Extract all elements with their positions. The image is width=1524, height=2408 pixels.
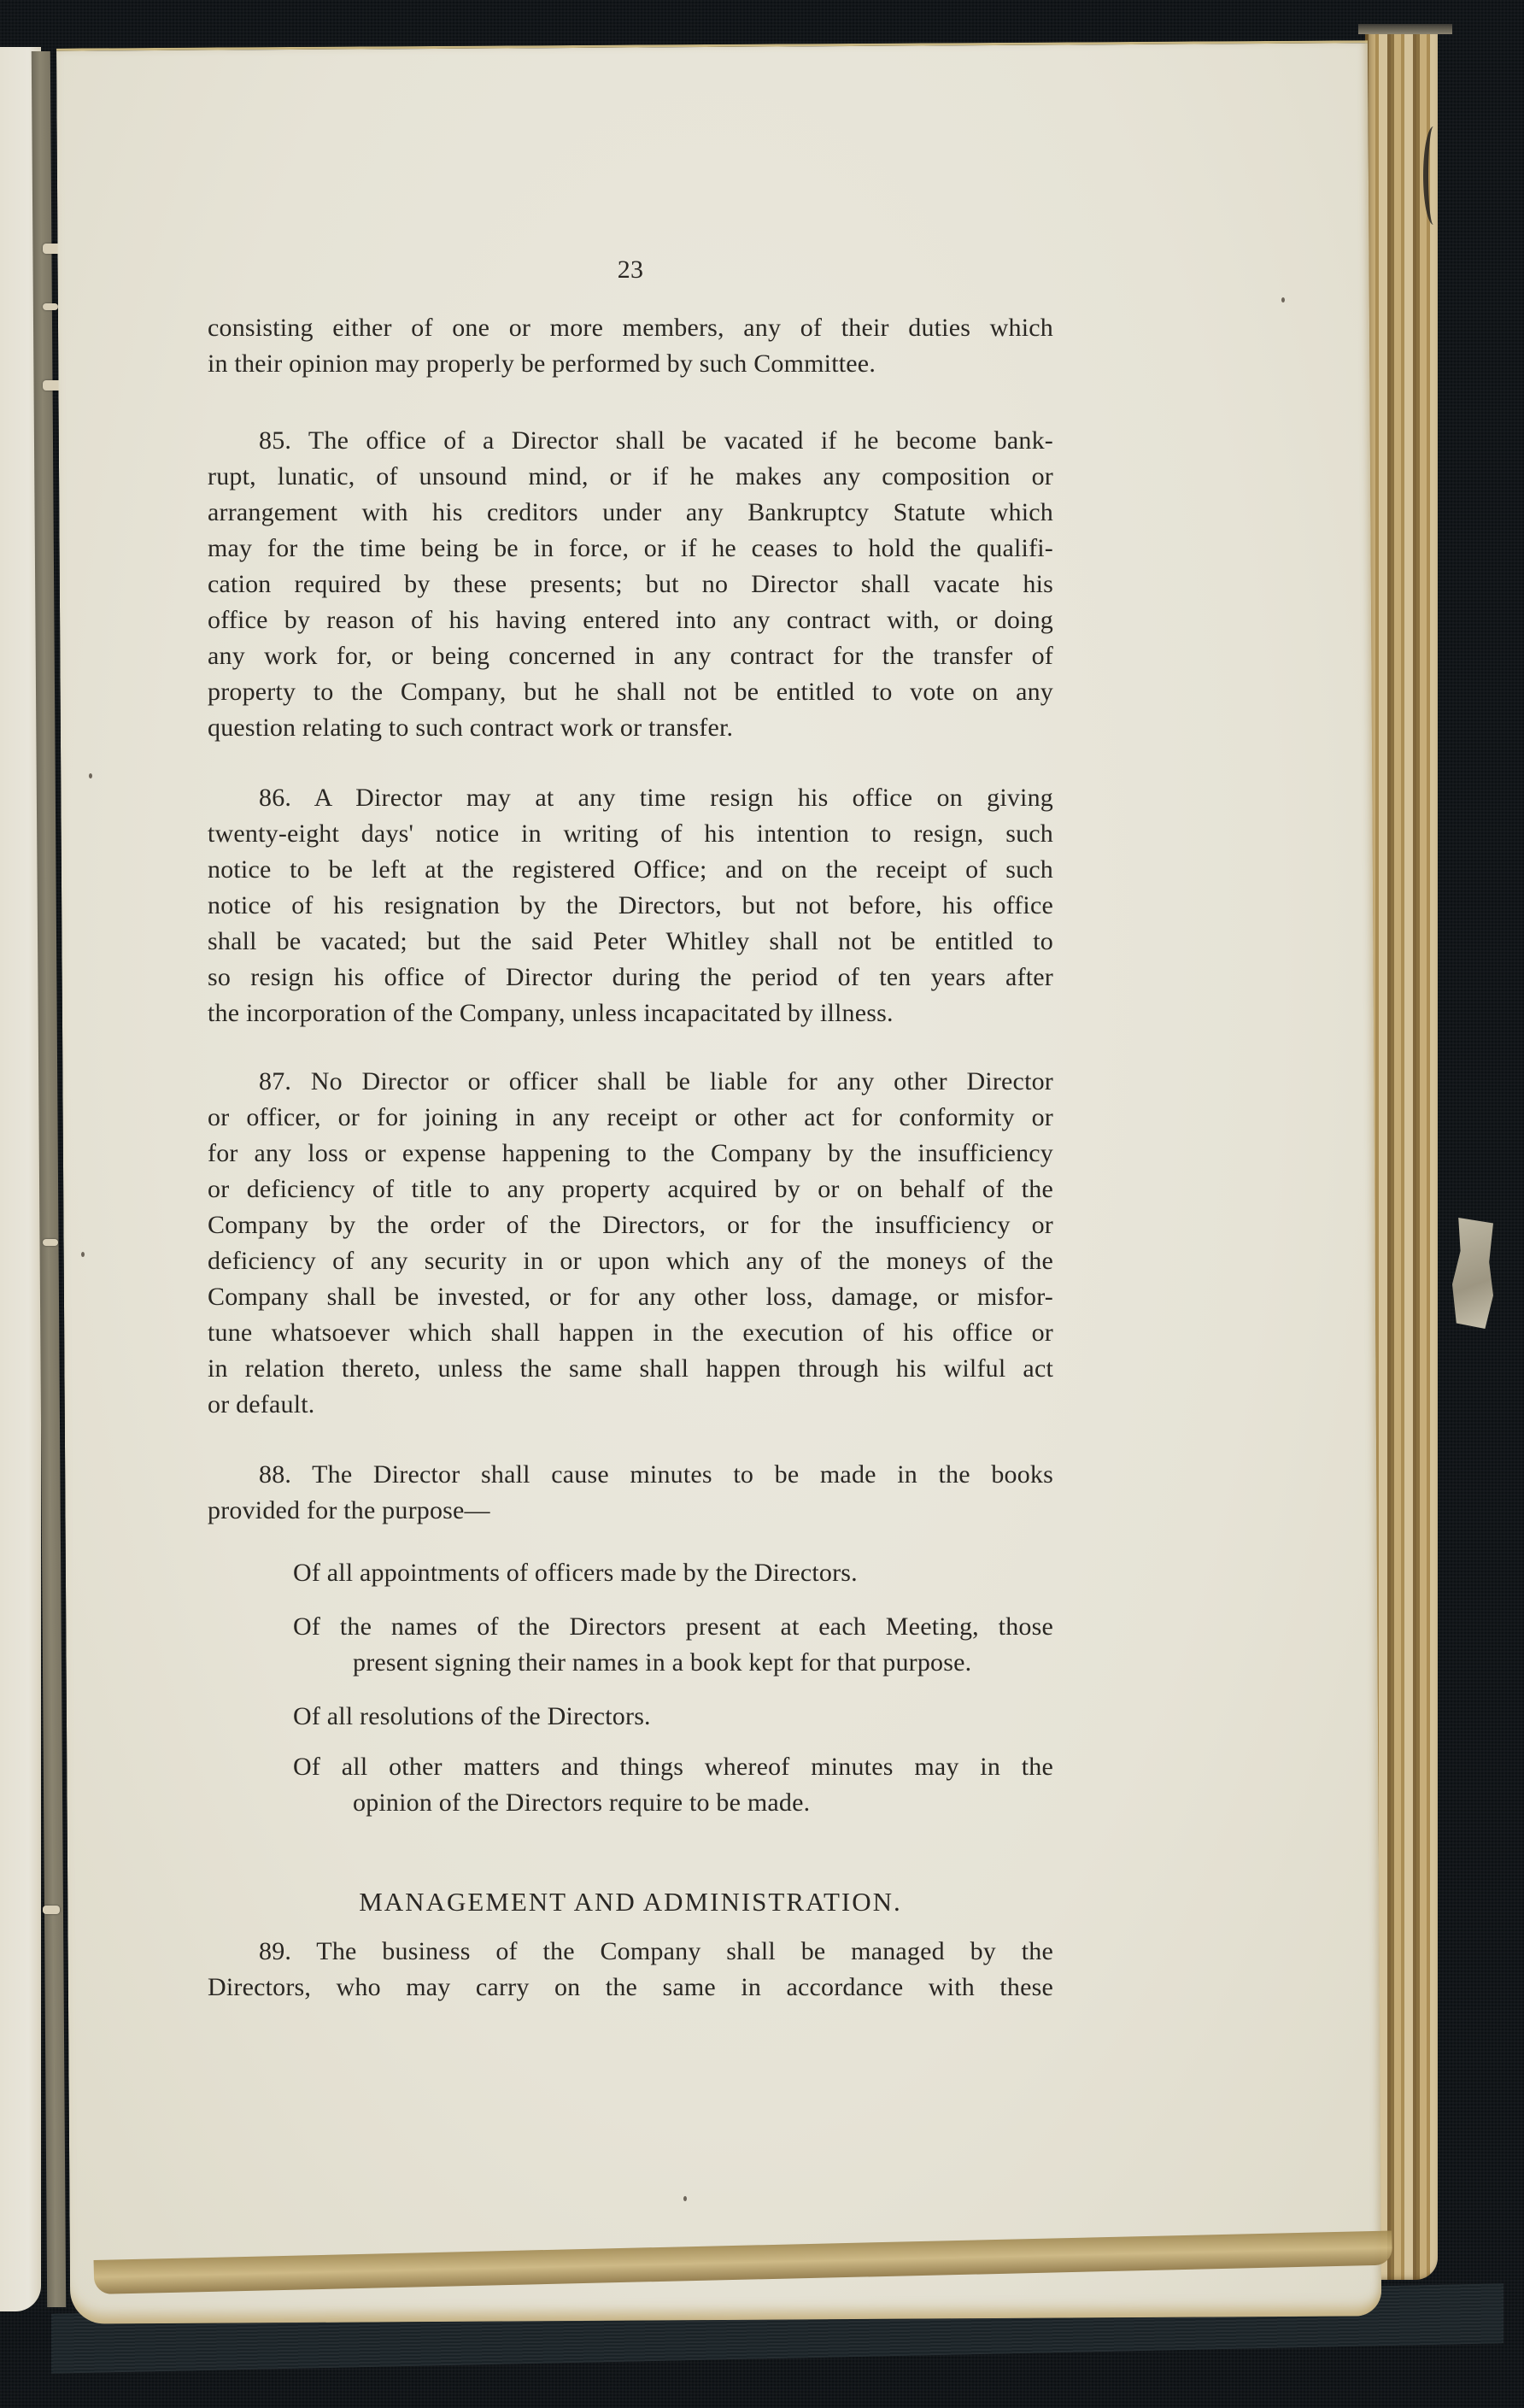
minutes-list-item: Of all appointments of officers made by … (293, 1555, 1053, 1591)
text-line: consisting either of one or more members… (208, 310, 1053, 346)
text-line: or officer, or for joining in any receip… (208, 1100, 1053, 1136)
text-line: twenty-eight days' notice in writing of … (208, 816, 1053, 852)
text-line: Company shall be invested, or for any ot… (208, 1279, 1053, 1315)
continuation-paragraph: consisting either of one or more members… (208, 310, 1053, 382)
minutes-list-item: Of the names of the Directors present at… (293, 1609, 1053, 1681)
text-line: 85. The office of a Director shall be va… (208, 423, 1053, 459)
binding-stitch (43, 303, 58, 310)
text-line: present signing their names in a book ke… (293, 1645, 1053, 1681)
section-heading: MANAGEMENT AND ADMINISTRATION. (208, 1884, 1053, 1920)
paper-speck (683, 2196, 687, 2201)
text-line: 87. No Director or officer shall be liab… (208, 1064, 1053, 1100)
paper-speck (89, 773, 92, 778)
text-line: Company by the order of the Directors, o… (208, 1207, 1053, 1243)
paper-speck (1281, 297, 1285, 302)
text-line: notice to be left at the registered Offi… (208, 852, 1053, 888)
minutes-list-item: Of all resolutions of the Directors. (293, 1699, 1053, 1735)
text-line: any work for, or being concerned in any … (208, 638, 1053, 674)
text-line: or default. (208, 1387, 1053, 1423)
clause-89: 89. The business of the Company shall be… (208, 1934, 1053, 2006)
text-line: for any loss or expense happening to the… (208, 1136, 1053, 1172)
text-line: Of all resolutions of the Directors. (293, 1699, 1053, 1735)
text-line: office by reason of his having entered i… (208, 602, 1053, 638)
text-line: 86. A Director may at any time resign hi… (208, 780, 1053, 816)
text-line: Of all other matters and things whereof … (293, 1749, 1053, 1785)
text-line: or deficiency of title to any property a… (208, 1172, 1053, 1207)
text-line: Of the names of the Directors present at… (293, 1609, 1053, 1645)
text-line: 89. The business of the Company shall be… (208, 1934, 1053, 1970)
text-line: may for the time being be in force, or i… (208, 531, 1053, 567)
text-line: arrangement with his creditors under any… (208, 495, 1053, 531)
text-line: in relation thereto, unless the same sha… (208, 1351, 1053, 1387)
clause-85: 85. The office of a Director shall be va… (208, 423, 1053, 746)
text-line: question relating to such contract work … (208, 710, 1053, 746)
text-line: Of all appointments of officers made by … (293, 1555, 1053, 1591)
text-line: property to the Company, but he shall no… (208, 674, 1053, 710)
text-line: rupt, lunatic, of unsound mind, or if he… (208, 459, 1053, 495)
clause-86: 86. A Director may at any time resign hi… (208, 780, 1053, 1031)
text-line: opinion of the Directors require to be m… (293, 1785, 1053, 1821)
text-line: deficiency of any security in or upon wh… (208, 1243, 1053, 1279)
clause-88: 88. The Director shall cause minutes to … (208, 1457, 1053, 1529)
text-line: shall be vacated; but the said Peter Whi… (208, 924, 1053, 960)
binding-stitch (43, 1239, 58, 1246)
clause-87: 87. No Director or officer shall be liab… (208, 1064, 1053, 1423)
text-line: notice of his resignation by the Directo… (208, 888, 1053, 924)
text-line: the incorporation of the Company, unless… (208, 996, 1053, 1031)
text-line: provided for the purpose— (208, 1493, 1053, 1529)
text-line: so resign his office of Director during … (208, 960, 1053, 996)
paper-speck (81, 1252, 85, 1257)
text-line: in their opinion may properly be perform… (208, 346, 1053, 382)
text-line: tune whatsoever which shall happen in th… (208, 1315, 1053, 1351)
text-line: Directors, who may carry on the same in … (208, 1970, 1053, 2006)
minutes-list-item: Of all other matters and things whereof … (293, 1749, 1053, 1821)
page-number: 23 (208, 252, 1053, 288)
page-stack-top (1358, 24, 1452, 34)
text-line: cation required by these presents; but n… (208, 567, 1053, 602)
binding-stitch (43, 1906, 60, 1914)
text-line: 88. The Director shall cause minutes to … (208, 1457, 1053, 1493)
ink-mark-icon (1423, 126, 1444, 225)
